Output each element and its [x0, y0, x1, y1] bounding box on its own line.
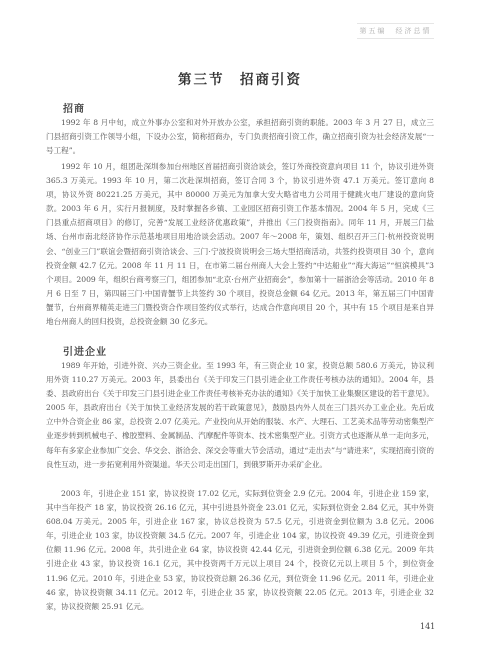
paragraph: 2003 年，引进企业 151 家，协议投资 17.02 亿元，实际到位资金 2…	[46, 487, 434, 614]
paragraph: 1992 年 10 月，组团赴深圳参加台州地区首届招商引资洽谈会，签订外商投资意…	[46, 160, 434, 329]
subsection-heading-zhaoshang: 招商	[63, 100, 85, 115]
paragraph: 1992 年 8 月中旬，成立外事办公室和对外开放办公室，承担招商引资的职能。2…	[46, 116, 434, 158]
section-title: 第三节 招商引资	[0, 68, 480, 88]
page-number: 141	[420, 622, 435, 631]
paragraph: 1989 年开始，引进外资、兴办三资企业。至 1993 年，有三资企业 10 家…	[46, 359, 434, 472]
subsection-heading-yinjin-qiye: 引进企业	[63, 343, 107, 358]
running-head: 第五编 经济总情	[357, 23, 434, 39]
